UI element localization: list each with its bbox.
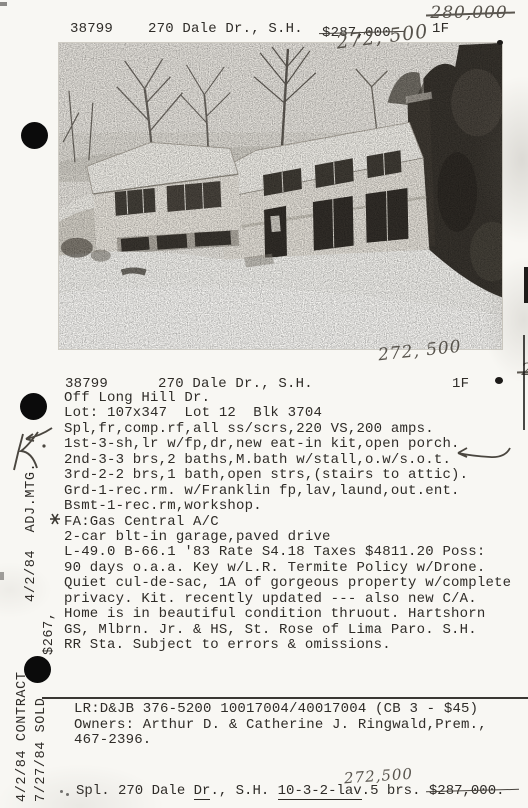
listing-line: FA:Gas Central A/C [64, 515, 511, 530]
section-divider-line [42, 697, 528, 699]
top-address: 270 Dale Dr., S.H. [148, 21, 303, 37]
broker-listing-info: LR:D&JB 376-5200 10017004/40017004 (CB 3… [74, 702, 487, 718]
scan-speck [495, 377, 503, 384]
top-zone-code: 1F [432, 21, 449, 37]
owners-phone: 467-2396. [74, 733, 487, 749]
top-mls-number: 38799 [70, 21, 113, 37]
owners-line: Owners: Arthur D. & Catherine J. Ringwal… [74, 718, 487, 734]
listing-line: 2-car blt-in garage,paved drive [64, 530, 511, 545]
hole-punch-middle [20, 393, 47, 420]
listing-sheet: 38799 270 Dale Dr., S.H. $287,000 1F 280… [0, 0, 528, 808]
footer-underlined-street: Dr [194, 783, 211, 800]
listing-line: Off Long Hill Dr. [64, 391, 511, 406]
top-handwritten-old-price: 280,000 [430, 3, 507, 23]
property-photo [58, 42, 503, 350]
margin-adjustable-mortgage-note: 4/2/84 ADJ.MTG. [24, 463, 40, 602]
scan-speck [66, 793, 69, 796]
listing-line: Spl,fr,comp.rf,all ss/scrs,220 VS,200 am… [64, 422, 511, 437]
footer-summary-line: Spl. 270 Dale Dr., S.H. 10-3-2-lav.5 brs… [76, 783, 505, 799]
listing-line: Grd-1-rec.rm. w/Franklin fp,lav,laund,ou… [64, 484, 511, 499]
listing-line: privacy. Kit. recently updated --- also … [64, 592, 511, 607]
margin-contract-date-note: 4/2/84 CONTRACT [15, 671, 31, 802]
margin-sold-date-note: 7/27/84 SOLD [34, 698, 50, 802]
listing-line: Quiet cul-de-sac, 1A of gorgeous propert… [64, 576, 511, 591]
asterisk-mark-icon [48, 512, 62, 526]
scan-speck [0, 572, 4, 580]
broker-block: LR:D&JB 376-5200 10017004/40017004 (CB 3… [74, 702, 487, 749]
hole-punch-top [21, 122, 48, 149]
listing-line: Home is in beautiful condition thruout. … [64, 607, 511, 622]
scan-speck [0, 2, 7, 6]
hole-punch-bottom [24, 656, 51, 683]
listing-line: Lot: 107x347 Lot 12 Blk 3704 [64, 406, 511, 421]
footer-price-struck: $287,000. [429, 783, 505, 799]
listing-line: 1st-3-sh,lr w/fp,dr,new eat-in kit,open … [64, 437, 511, 452]
scan-edge-line [523, 335, 525, 430]
scan-speck [60, 790, 63, 793]
listing-line: L-49.0 B-66.1 '83 Rate S4.18 Taxes $4811… [64, 545, 511, 560]
listing-line: 3rd-2-2 brs,1 bath,open strs,(stairs to … [64, 468, 511, 483]
listing-line: Bsmt-1-rec.rm,workshop. [64, 499, 511, 514]
listing-line: 90 days o.a.a. Key w/L.R. Termite Policy… [64, 561, 511, 576]
scan-speck [497, 40, 503, 45]
handwritten-check-mark-icon [4, 424, 56, 472]
footer-text: ., S.H. [210, 783, 277, 799]
listing-line: GS, Mlbrn. Jr. & HS, St. Rose of Lima Pa… [64, 623, 511, 638]
house-photo-graphic [59, 43, 502, 349]
handwritten-arrow-icon [450, 444, 512, 464]
footer-text: Spl. 270 Dale [76, 783, 194, 799]
listing-zone-code: 1F [452, 376, 469, 392]
listing-body: Off Long Hill Dr. Lot: 107x347 Lot 12 Bl… [64, 391, 511, 653]
listing-line: RR Sta. Subject to errors & omissions. [64, 638, 511, 653]
listing-line: 2nd-3-3 brs,2 baths,M.bath w/stall,o.w/s… [64, 453, 511, 468]
margin-amount-note: $267, [42, 611, 58, 655]
scan-edge-bar [524, 267, 528, 303]
